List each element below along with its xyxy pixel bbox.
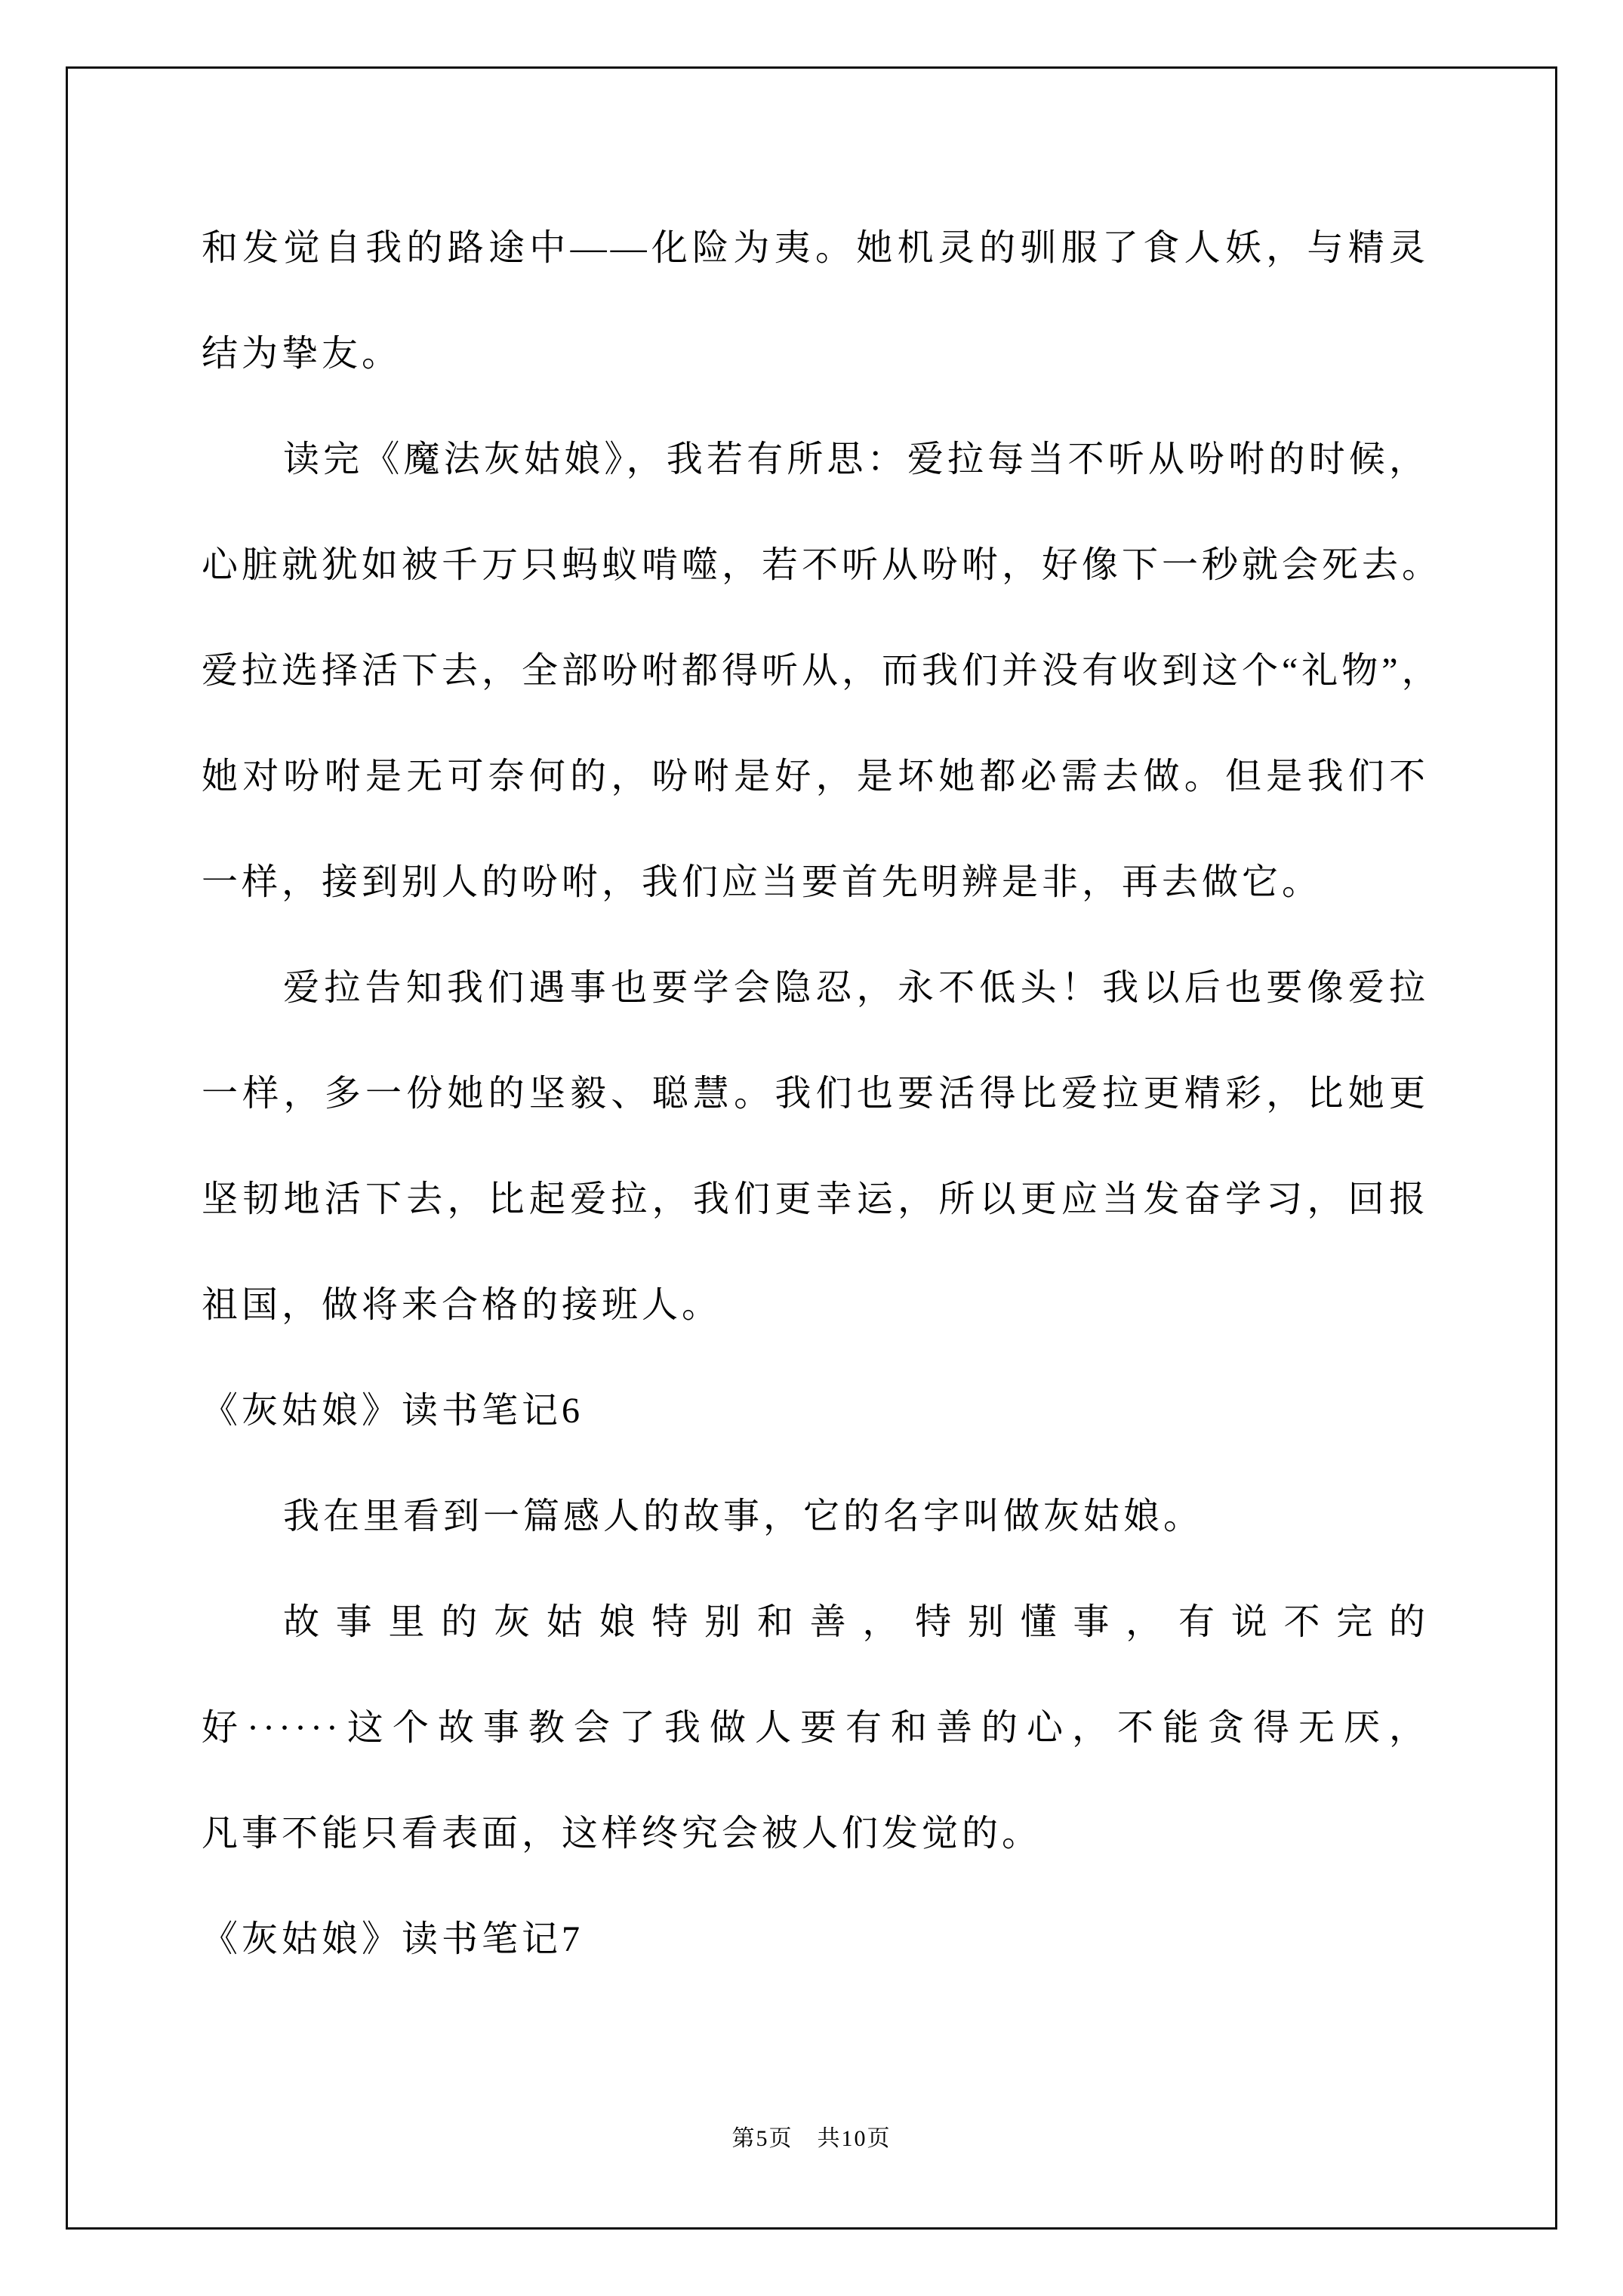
text-line: 读完《魔法灰姑娘》，我若有所思：爱拉每当不听从吩咐的时候， [202, 407, 1429, 513]
page-border-frame: 和发觉自我的路途中——化险为夷。她机灵的驯服了食人妖，与精灵结为挚友。读完《魔法… [66, 66, 1557, 2230]
text-line: 《灰姑娘》读书笔记7 [202, 1887, 1429, 1992]
text-line: 爱拉选择活下去，全部吩咐都得听从，而我们并没有收到这个“礼物”， [202, 618, 1429, 724]
paragraph: 故事里的灰姑娘特别和善，特别懂事，有说不完的好······这个故事教会了我做人要… [202, 1570, 1429, 1887]
text-line: 结为挚友。 [202, 301, 1429, 407]
text-line: 《灰姑娘》读书笔记6 [202, 1358, 1429, 1464]
text-line: 心脏就犹如被千万只蚂蚁啃噬，若不听从吩咐，好像下一秒就会死去。 [202, 513, 1429, 618]
paragraph: 读完《魔法灰姑娘》，我若有所思：爱拉每当不听从吩咐的时候，心脏就犹如被千万只蚂蚁… [202, 407, 1429, 935]
document-body: 和发觉自我的路途中——化险为夷。她机灵的驯服了食人妖，与精灵结为挚友。读完《魔法… [202, 196, 1429, 1992]
text-line: 一样，接到别人的吩咐，我们应当要首先明辨是非，再去做它。 [202, 830, 1429, 935]
section-heading: 《灰姑娘》读书笔记7 [202, 1887, 1429, 1992]
text-line: 凡事不能只看表面，这样终究会被人们发觉的。 [202, 1781, 1429, 1887]
page-footer: 第5页 共10页 [68, 2124, 1555, 2154]
text-line: 爱拉告知我们遇事也要学会隐忍，永不低头！我以后也要像爱拉 [202, 935, 1429, 1041]
paragraph: 我在里看到一篇感人的故事，它的名字叫做灰姑娘。 [202, 1464, 1429, 1570]
page-number-text: 第5页 共10页 [732, 2126, 892, 2151]
text-line: 故事里的灰姑娘特别和善，特别懂事，有说不完的 [202, 1570, 1429, 1675]
section-heading: 《灰姑娘》读书笔记6 [202, 1358, 1429, 1464]
paragraph: 和发觉自我的路途中——化险为夷。她机灵的驯服了食人妖，与精灵结为挚友。 [202, 196, 1429, 407]
text-line: 一样，多一份她的坚毅、聪慧。我们也要活得比爱拉更精彩，比她更 [202, 1041, 1429, 1147]
text-line: 坚韧地活下去，比起爱拉，我们更幸运，所以更应当发奋学习，回报 [202, 1147, 1429, 1253]
text-line: 她对吩咐是无可奈何的，吩咐是好，是坏她都必需去做。但是我们不 [202, 724, 1429, 830]
paragraph: 爱拉告知我们遇事也要学会隐忍，永不低头！我以后也要像爱拉一样，多一份她的坚毅、聪… [202, 935, 1429, 1358]
text-line: 祖国，做将来合格的接班人。 [202, 1253, 1429, 1358]
text-line: 和发觉自我的路途中——化险为夷。她机灵的驯服了食人妖，与精灵 [202, 196, 1429, 301]
text-line: 好······这个故事教会了我做人要有和善的心，不能贪得无厌， [202, 1675, 1429, 1781]
text-line: 我在里看到一篇感人的故事，它的名字叫做灰姑娘。 [202, 1464, 1429, 1570]
